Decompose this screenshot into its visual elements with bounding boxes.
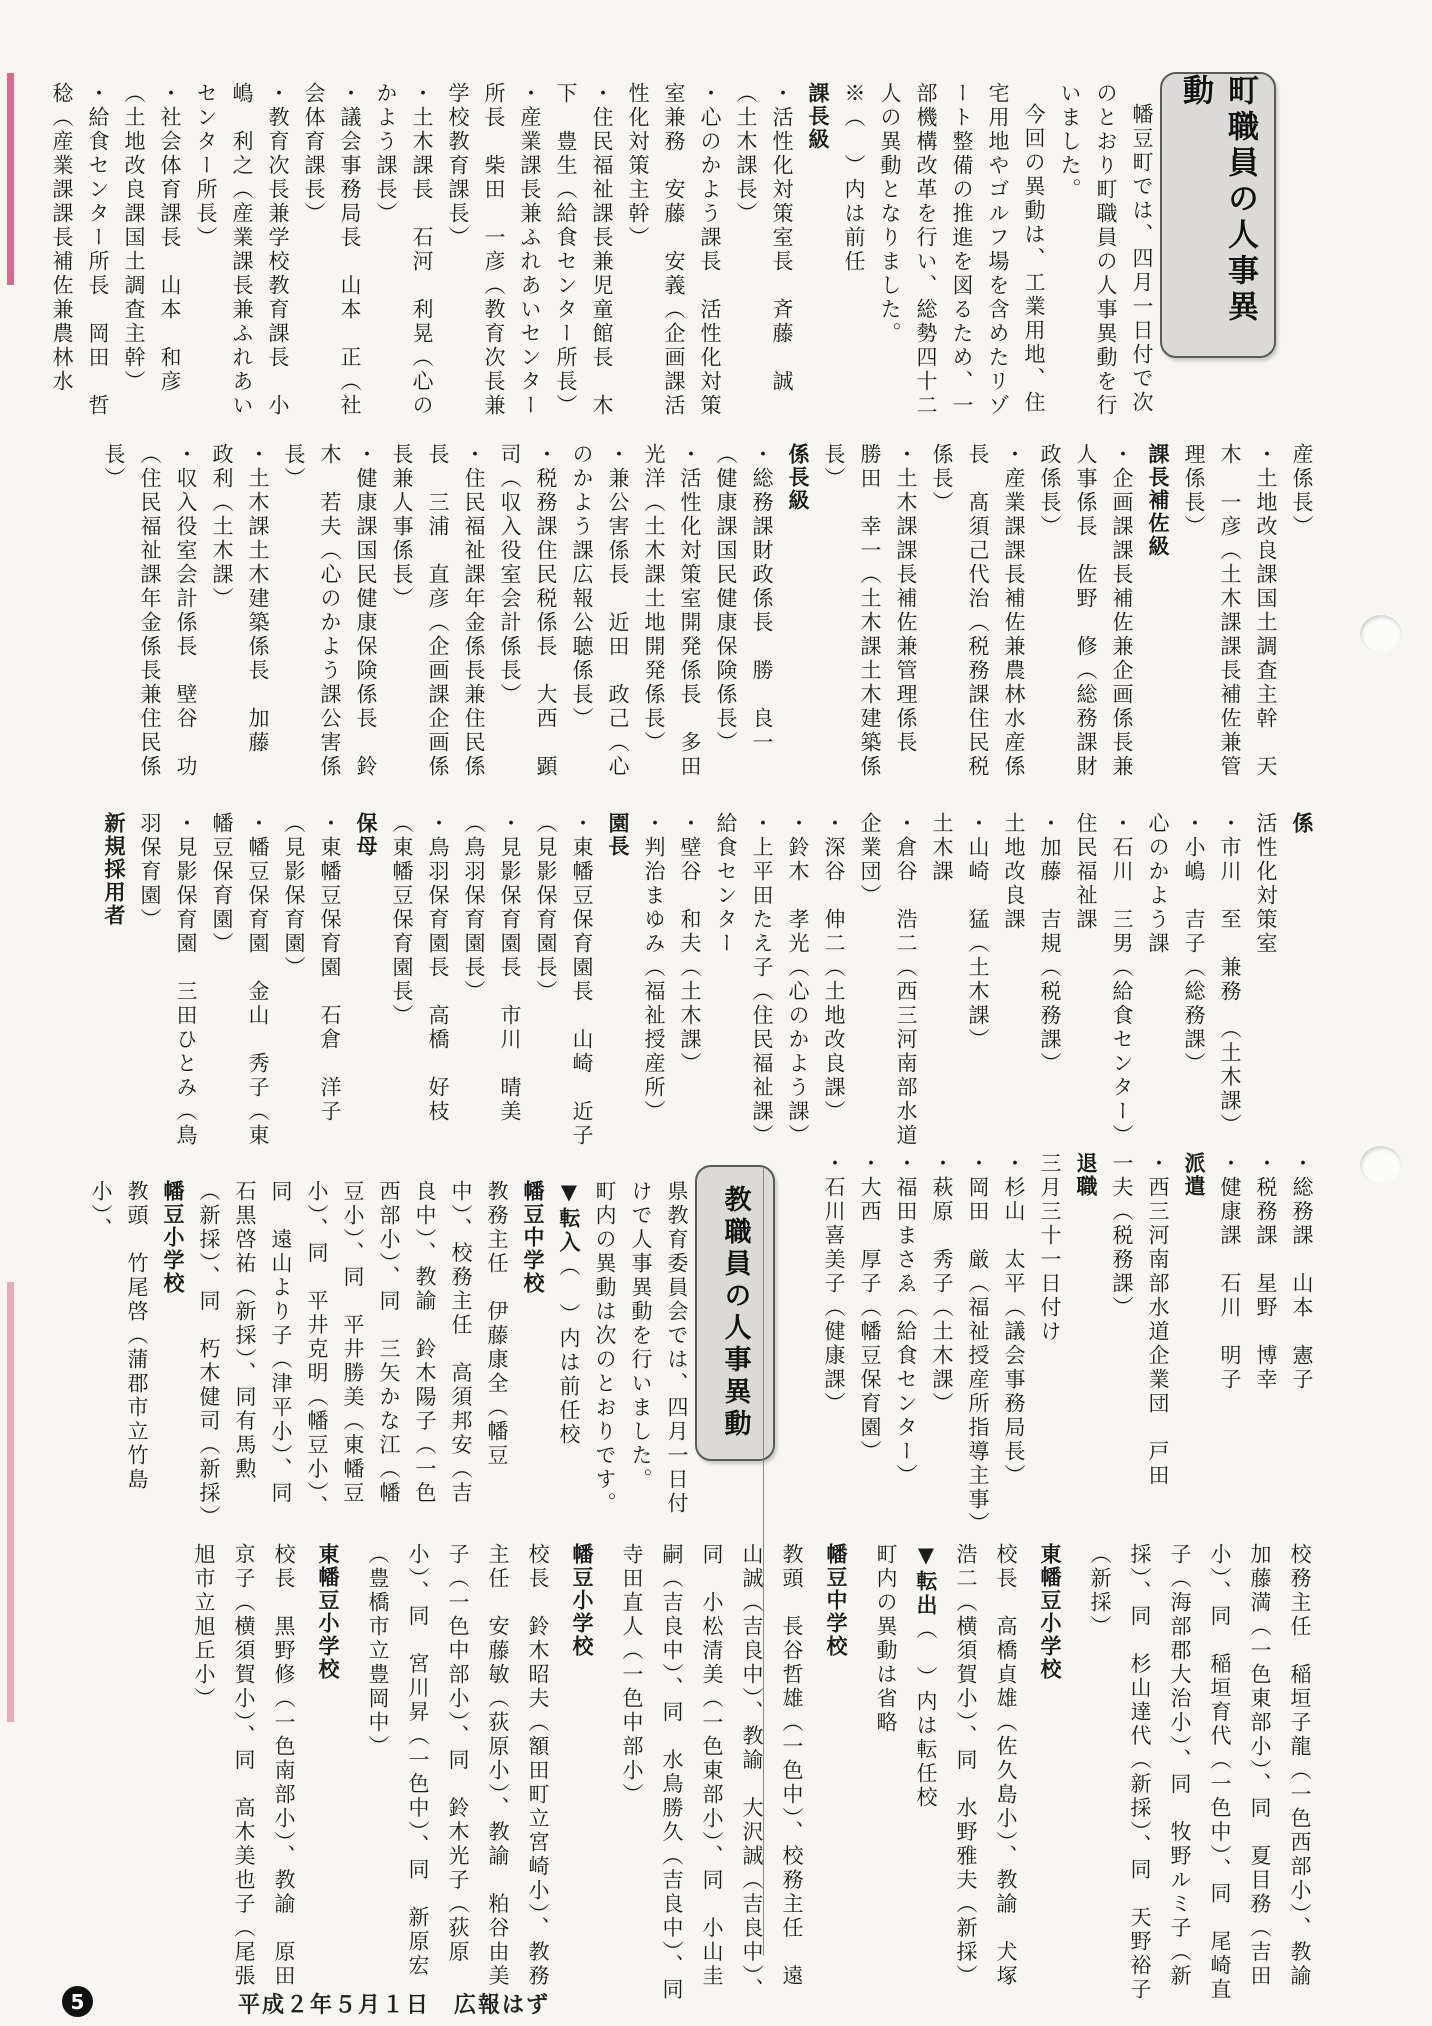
text-column-item: ・教育次長兼学校教育課長 小嶋 利之（産業課長兼ふれあいセンター所長） (188, 82, 296, 430)
text-column-item: 土地改良課 (996, 812, 1032, 1152)
text-column-item: 教頭 長谷哲雄（一色中）、校務主任 遠山誠（吉良中）、教諭 大沢誠（吉良中）、同… (612, 1543, 812, 2005)
text-column-item: ・壁谷 和夫（土木課） (672, 812, 708, 1152)
text-column-item: 三月三十一日付け (1032, 1152, 1068, 1527)
text-column-item: ・住民福祉課長兼児童館長 木下 豊生（給食センター所長） (548, 82, 620, 430)
text-column-item: 産係長） (1284, 443, 1320, 793)
text-column-item: 校長 高橋貞雄（佐久島小）、教諭 犬塚浩二（横須賀小）、同 水野雅夫（新採） (946, 1543, 1026, 2005)
text-column-item: ・深谷 伸二（土地改良課） (816, 812, 852, 1152)
text-column-item: ・東幡豆保育園 石倉 洋子（見影保育園） (276, 812, 348, 1152)
transfer-heading: ▼転出（ ）内は転任校 (906, 1543, 946, 2005)
text-column-item: ・石川喜美子（健康課） (816, 1152, 852, 1527)
text-column-item: ・見影保育園長 市川 晴美（鳥羽保育園長） (456, 812, 528, 1152)
text-column-item: 住民福祉課 (1068, 812, 1104, 1152)
text-column-item: ・心のかよう課長 活性化対策室兼務 安藤 安義（企画課活性化対策主幹） (620, 82, 728, 430)
text-column-item: ・東幡豆保育園長 山崎 近子（見影保育園長） (528, 812, 600, 1152)
inline-heading: ▼転出 (914, 1543, 938, 1618)
print-bleed-mark (7, 1282, 14, 1722)
section-heading: 幡豆中学校 (816, 1543, 856, 2005)
text-column-item: 県教育委員会では、四月一日付けで人事異動を行いました。 (623, 1180, 695, 1528)
text-column-item: ・社会体育課長 山本 和彦（土地改良課国土調査主幹） (116, 82, 188, 430)
text-column-item: 町内の異動は次のとおりです。 (587, 1180, 623, 1528)
town-band-intro-and-section-chiefs: 幡豆町では、四月一日付で次のとおり町職員の人事異動を行いました。今回の異動は、工… (35, 82, 1160, 430)
inline-heading: ▼転入 (557, 1180, 581, 1255)
section-heading: 派遣 (1176, 1152, 1212, 1527)
text-column-item: ・石川 三男（給食センター） (1104, 812, 1140, 1152)
text-column-item: ・産業課長兼ふれあいセンター所長 柴田 一彦（教育次長兼学校教育課長） (440, 82, 548, 430)
section-heading: 園長 (600, 812, 636, 1152)
text-column-item: ・岡田 厳（福祉授産所指導主事） (960, 1152, 996, 1527)
section-heading: 退職 (1068, 1152, 1104, 1527)
school-band-transfers-out: 校務主任 稲垣子龍（一色西部小）、教諭 加藤満（一色東部小）、同 夏目務（吉田小… (55, 1543, 1320, 2005)
text-column-item: ・市川 至 兼務 （土木課） (1212, 812, 1248, 1152)
text-column-item: ・福田まさゑ（給食センター） (888, 1152, 924, 1527)
transfer-heading: ▼転入（ ）内は前任校 (551, 1180, 587, 1528)
text-column-item: ・鈴木 孝光（心のかよう課） (780, 812, 816, 1152)
page-number-badge: 5 (62, 1986, 93, 2017)
text-column-item: ※（ ）内は前任 (836, 82, 872, 430)
section-heading: 新規採用者 (96, 812, 132, 1152)
town-band-staff-and-nursery: 係活性化対策室・市川 至 兼務 （土木課）・小嶋 吉子（総務課）心のかよう課・石… (55, 812, 1320, 1152)
text-column-item: ・上平田たえ子（住民福祉課） (744, 812, 780, 1152)
text-column-item: ・産業課課長補佐兼農林水産係長 髙須己代治（税務課住民税係長） (924, 443, 1032, 793)
town-band-newhires-transfer-retirees: ・総務課 山本 憲子・税務課 星野 博幸・健康課 石川 明子派遣・西三河南部水道… (770, 1152, 1320, 1527)
text-column-item: ・議会事務局長 山本 正（社会体育課長） (296, 82, 368, 430)
text-column-item: ・見影保育園 三田ひとみ（鳥羽保育園） (132, 812, 204, 1152)
text-column-item: ・土木課長 石河 利晃（心のかよう課長） (368, 82, 440, 430)
print-bleed-mark (7, 73, 14, 285)
text-column-item: ・健康課 石川 明子 (1212, 1152, 1248, 1527)
text-column-item: ・総務課 山本 憲子 (1284, 1152, 1320, 1527)
text-column-item: ・活性化対策室開発係長 多田 光洋（土木課土地開発係長） (636, 443, 708, 793)
text-column-item: 今回の異動は、工業用地、住宅用地やゴルフ場を含めたリゾート整備の推進を図るため、… (872, 82, 1052, 430)
text-column-item: ・西三河南部水道企業団 戸田 一夫（税務課） (1104, 1152, 1176, 1527)
school-band-intro-and-transfers-in: 県教育委員会では、四月一日付けで人事異動を行いました。町内の異動は次のとおりです… (55, 1180, 695, 1528)
page-footer: 5 平成２年５月１日 広報はず (0, 1984, 900, 2024)
text-column-item: ・土地改良課国土調査主幹 天木 一彦（土木課課長補佐兼管理係長） (1176, 443, 1284, 793)
section-heading: 係長級 (780, 443, 816, 793)
text-column-item: ・幡豆保育園 金山 秀子（東幡豆保育園） (204, 812, 276, 1152)
text-column-item: ・山崎 猛（土木課） (960, 812, 996, 1152)
text-column-item: ・企画課課長補佐兼企画係長兼人事係長 佐野 修（総務課財政係長） (1032, 443, 1140, 793)
section-heading: 東幡豆小学校 (308, 1543, 348, 2005)
text-column-item: ・総務課財政係長 勝 良一（健康課国民健康保険係長） (708, 443, 780, 793)
text-column-item: 幡豆町では、四月一日付で次のとおり町職員の人事異動を行いました。 (1052, 82, 1160, 430)
text-column-item: 土木課 (924, 812, 960, 1152)
text-column-item: 教務主任 伊藤康全（幡豆中）、校務主任 高須邦安（吉良中）、教諭 鈴木陽子（一色… (191, 1180, 515, 1528)
text-column-item: ・加藤 吉規（税務課） (1032, 812, 1068, 1152)
text-column-item: 校長 黒野修（一色南部小）、教諭 原田京子（横須賀小）、同 高木美也子（尾張旭市… (184, 1543, 304, 2005)
text-column-item: ・杉山 太平（議会事務局長） (996, 1152, 1032, 1527)
text-column-item: ・小嶋 吉子（総務課） (1176, 812, 1212, 1152)
text-column-item: ・大西 厚子（幡豆保育園） (852, 1152, 888, 1527)
text-column-item: ・萩原 秀子（土木課） (924, 1152, 960, 1527)
text-column-item: 給食センター (708, 812, 744, 1152)
text-column-item: ・税務課 星野 博幸 (1248, 1152, 1284, 1527)
text-column-item: 校長 鈴木昭夫（額田町立宮崎小）、教務主任 安藤敏（荻原小）、教諭 粕谷由美子（… (358, 1543, 558, 2005)
text-column-item: ・土木課課長補佐兼管理係長 勝田 幸一（土木課土木建築係長） (816, 443, 924, 793)
section-heading: 保母 (348, 812, 384, 1152)
section-heading: 幡豆小学校 (562, 1543, 602, 2005)
text-column-item: ・兼公害係長 近田 政己（心のかよう課広報公聴係長） (564, 443, 636, 793)
text-column-item: 教頭 竹尾啓（蒲郡市立竹島小）、 (83, 1180, 155, 1528)
section-heading: 幡豆中学校 (515, 1180, 551, 1528)
text-column-item: ・倉谷 浩二（西三河南部水道企業団） (852, 812, 924, 1152)
text-column-item: 活性化対策室 (1248, 812, 1284, 1152)
footer-date-line: 平成２年５月１日 広報はず (238, 1988, 550, 2019)
text-column-item: ・土木課土木建築係長 加藤 政利（土木課） (204, 443, 276, 793)
section-heading: 東幡豆小学校 (1030, 1543, 1070, 2005)
text-column-item: ・健康課国民健康保険係長 鈴木 若夫（心のかよう課公害係長） (276, 443, 384, 793)
punch-hole-icon (1360, 615, 1402, 653)
section-heading: 幡豆小学校 (155, 1180, 191, 1528)
text-column-item: ・鳥羽保育園長 高橋 好枝（東幡豆保育園長） (384, 812, 456, 1152)
text-column-item: 校務主任 稲垣子龍（一色西部小）、教諭 加藤満（一色東部小）、同 夏目務（吉田小… (1080, 1543, 1320, 2005)
punch-hole-icon (1360, 1146, 1402, 1184)
section-heading: 課長級 (800, 82, 836, 430)
text-column-item: ・税務課住民税係長 大西 顕司（収入役室会計係長） (492, 443, 564, 793)
text-column-item: 心のかよう課 (1140, 812, 1176, 1152)
town-band-deputy-and-subsection-chiefs: 産係長）・土地改良課国土調査主幹 天木 一彦（土木課課長補佐兼管理係長）課長補佐… (55, 443, 1320, 793)
text-column-item: ・給食センター所長 岡田 哲稔（産業課課長補佐兼農林水 (44, 82, 116, 430)
section-heading: 係 (1284, 812, 1320, 1152)
text-column-item: ・住民福祉課年金係長兼住民係長 三浦 直彦（企画課企画係長兼人事係長） (384, 443, 492, 793)
section-heading: 課長補佐級 (1140, 443, 1176, 793)
newsletter-page: 町職員の人事異動 幡豆町では、四月一日付で次のとおり町職員の人事異動を行いました… (0, 0, 1432, 2026)
town-staff-section-title: 町職員の人事異動 (1160, 72, 1276, 358)
text-column-item: 町内の異動は省略 (866, 1543, 906, 2005)
text-column-item: ・収入役室会計係長 壁谷 功（住民福祉課年金係長兼住民係長） (96, 443, 204, 793)
text-column-item: ・判治まゆみ（福祉授産所） (636, 812, 672, 1152)
text-column-item: ・活性化対策室長 斉藤 誠（土木課長） (728, 82, 800, 430)
